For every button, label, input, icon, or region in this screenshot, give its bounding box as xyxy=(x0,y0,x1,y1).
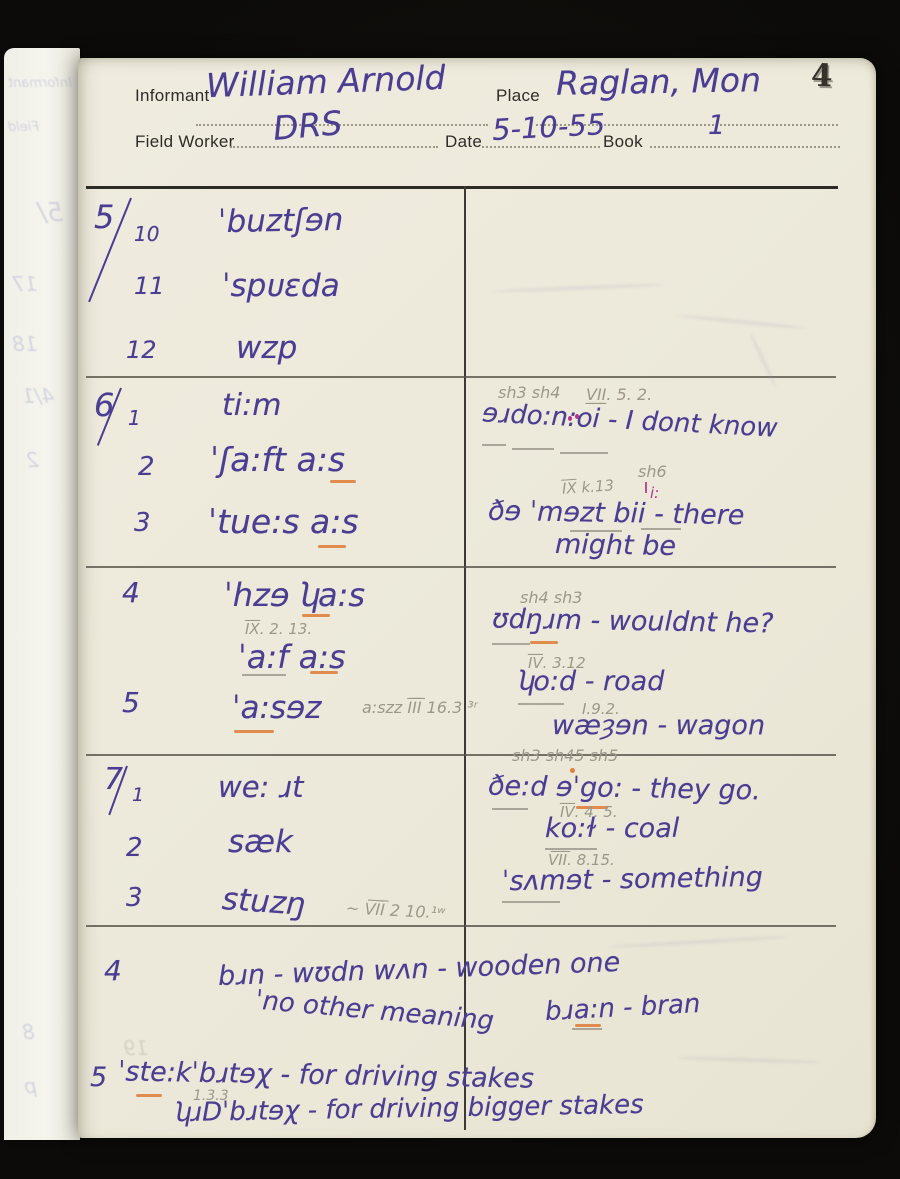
scanned-notebook-photo: { "page_number": "4", "header": { "infor… xyxy=(0,0,900,1179)
orange-underline-mark xyxy=(330,480,356,483)
table-row-rule xyxy=(86,376,836,378)
showthrough-number: 17 xyxy=(12,272,37,296)
entry-number: 2 xyxy=(126,833,143,863)
orange-underline-mark xyxy=(234,730,274,733)
showthrough-number: 4/1 xyxy=(22,384,54,408)
entry-number: 4 xyxy=(104,954,122,987)
pencil-reference: I̅X̅. 2. 13. xyxy=(245,620,312,638)
phonetic-entry: ˈste:kˈbɹtɘχ - for driving stakes xyxy=(118,1056,534,1094)
grey-underline-mark xyxy=(560,452,608,454)
entry-number: 4 xyxy=(122,576,140,609)
entry-subnumber: 1 xyxy=(132,784,144,806)
showthrough-mark xyxy=(749,332,778,388)
phonetic-entry: bɹn - wʊdn wʌn - wooden one xyxy=(218,947,621,992)
phonetic-entry: ˈʃa:ft a:s xyxy=(210,440,345,479)
table-column-divider xyxy=(464,186,466,1130)
grey-underline-mark xyxy=(502,901,560,903)
date-label: Date xyxy=(445,132,482,152)
grey-underline-mark xyxy=(512,448,554,450)
phonetic-entry: sæk xyxy=(228,824,293,860)
pencil-reference: I̅X̅ k.13 xyxy=(561,476,614,498)
orange-underline-mark xyxy=(302,614,330,617)
phonetic-gloss: might be xyxy=(555,529,677,562)
entry-number: 6 xyxy=(94,386,114,424)
entry-subnumber: 1 xyxy=(128,406,141,430)
pencil-reference: a:szz I̅I̅I̅ 16.3 ³ʳ xyxy=(362,698,478,717)
orange-underline-mark xyxy=(530,641,558,644)
previous-page-edge: Informant Field 5/ 17 18 4/1 2 8 p xyxy=(4,48,80,1140)
phonetic-gloss: ʮo:d - road xyxy=(518,666,664,697)
showthrough-mark xyxy=(678,313,808,331)
entry-number: 5 xyxy=(94,198,114,236)
entry-number: 3 xyxy=(126,883,143,913)
showthrough-number: 18 xyxy=(12,332,37,356)
phonetic-entry: ˈa:sɘz xyxy=(232,690,321,726)
showthrough-number: 2 xyxy=(26,448,39,472)
entry-number: 5 xyxy=(122,686,140,719)
page-number-stamp: 4 xyxy=(811,58,834,95)
entry-number: 2 xyxy=(138,452,155,482)
grey-underline-mark xyxy=(492,643,530,645)
phonetic-entry: ˈspᴜɛda xyxy=(222,268,340,304)
orange-underline-mark xyxy=(310,671,338,674)
phonetic-gloss: ðɘ ˈmɘzt bii - there xyxy=(488,496,745,531)
showthrough-field-label: Field xyxy=(8,120,39,135)
notebook-page: 4 Informant Place Field Worker Date Book… xyxy=(78,58,876,1138)
phonetic-entry: ti:m xyxy=(222,388,281,423)
grey-underline-mark xyxy=(572,1028,602,1030)
orange-underline-mark xyxy=(575,1024,601,1027)
pencil-reference: sh3 sh45 sh5 xyxy=(512,746,618,765)
grey-underline-mark xyxy=(545,848,597,850)
field-worker-value: DRS xyxy=(271,103,343,148)
phonetic-entry: ˈhzɘ ʮa:s xyxy=(224,576,365,614)
entry-number: 11 xyxy=(134,272,165,300)
book-value: 1 xyxy=(708,110,725,141)
phonetic-note: ˈno other meaning xyxy=(254,986,495,1037)
phonetic-entry: ˈtue:s a:s xyxy=(208,502,359,541)
phonetic-gloss: wæȝɘn - wagon xyxy=(552,710,765,741)
showthrough-number: 5/ xyxy=(38,198,63,228)
pencil-reference: V̲I̲I̲. 5. 2. xyxy=(586,385,652,404)
grey-underline-mark xyxy=(242,674,286,676)
magenta-dot-mark xyxy=(568,416,572,421)
phonetic-entry: ʮɹDˈbɹtɘχ - for driving bigger stakes xyxy=(175,1090,644,1128)
phonetic-entry: we: ɹt xyxy=(218,770,304,804)
pencil-reference: sh6 xyxy=(638,462,667,481)
showthrough-mark xyxy=(678,1056,818,1065)
orange-underline-mark xyxy=(318,545,346,548)
phonetic-gloss: ɘɹdo:n:oi - I dont know xyxy=(481,398,778,443)
entry-subnumber: 10 xyxy=(134,222,159,246)
grey-underline-mark xyxy=(482,444,506,446)
entry-number: 5 xyxy=(90,1062,107,1093)
table-row-rule xyxy=(86,925,836,927)
magenta-tick-mark xyxy=(645,482,647,493)
orange-underline-mark xyxy=(136,1094,162,1097)
phonetic-gloss: ʊdŋɹm - wouldnt he? xyxy=(492,604,774,640)
showthrough-mark xyxy=(493,283,663,293)
showthrough-number: 8 xyxy=(22,1020,35,1044)
table-row-rule xyxy=(86,754,836,756)
phonetic-gloss: ˈsʌmɘt - something xyxy=(502,862,763,898)
place-label: Place xyxy=(496,86,540,106)
magenta-dot-mark xyxy=(575,414,579,419)
showthrough-mark xyxy=(608,935,788,948)
book-rule xyxy=(650,124,840,148)
grey-underline-mark xyxy=(492,808,528,810)
entry-number: 12 xyxy=(126,336,157,364)
phonetic-gloss: bɹa:n - bran xyxy=(544,989,701,1027)
table-row-rule xyxy=(86,566,836,568)
date-value: 5-10-55 xyxy=(491,107,606,147)
field-worker-label: Field Worker xyxy=(135,132,235,152)
phonetic-entry: stuzŋ xyxy=(221,881,307,923)
informant-value: William Arnold xyxy=(205,58,446,105)
grey-underline-mark xyxy=(518,703,564,705)
phonetic-entry: ˈbuztʃɘn xyxy=(218,202,344,240)
phonetic-gloss: ko:ɫ - coal xyxy=(545,813,679,844)
table-top-rule xyxy=(86,186,838,189)
phonetic-entry: wzp xyxy=(236,330,297,366)
entry-number: 3 xyxy=(134,508,151,538)
showthrough-number: p xyxy=(24,1074,37,1098)
phonetic-gloss: ðe:d ɘˈgo: - they go. xyxy=(488,771,761,807)
showthrough-informant-label: Informant xyxy=(8,76,72,91)
pencil-reference: ~ V̅I̅I̅ 2 10.¹ʷ xyxy=(346,898,446,922)
book-label: Book xyxy=(603,132,643,152)
place-value: Raglan, Mon xyxy=(556,60,762,103)
